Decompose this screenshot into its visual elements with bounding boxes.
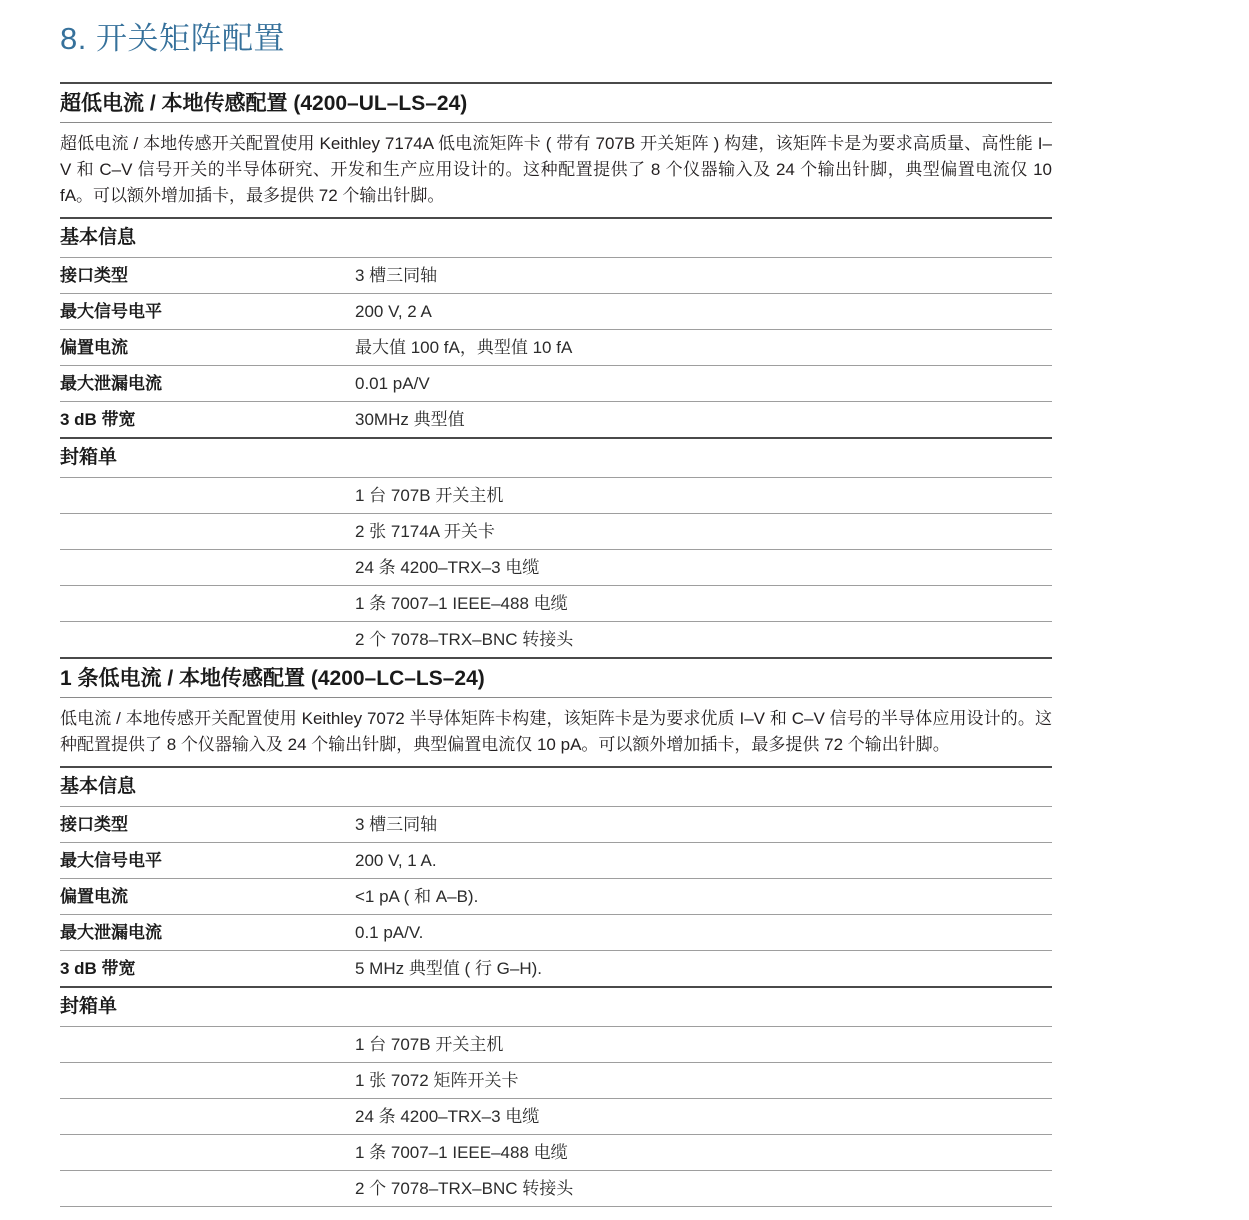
spec-row: 3 dB 带宽 30MHz 典型值: [60, 401, 1052, 437]
packing-item: 24 条 4200–TRX–3 电缆: [60, 1098, 1052, 1134]
spec-value: 0.01 pA/V: [355, 374, 1052, 393]
spec-row: 偏置电流 最大值 100 fA，典型值 10 fA: [60, 329, 1052, 365]
packing-item: 1 台 707B 开关主机: [60, 477, 1052, 513]
spec-row: 偏置电流 <1 pA ( 和 A–B).: [60, 878, 1052, 914]
spec-value: 200 V, 2 A: [355, 302, 1052, 321]
spec-label: 最大信号电平: [60, 302, 355, 321]
spec-label: 接口类型: [60, 266, 355, 285]
spec-label: 最大泄漏电流: [60, 374, 355, 393]
table-title-basic-info: 基本信息: [60, 217, 1052, 257]
spec-row: 最大泄漏电流 0.01 pA/V: [60, 365, 1052, 401]
table-title-packing-list: 封箱单: [60, 986, 1052, 1026]
table-title-basic-info: 基本信息: [60, 766, 1052, 806]
packing-item: 1 条 7007–1 IEEE–488 电缆: [60, 1134, 1052, 1170]
spec-value: 200 V, 1 A.: [355, 851, 1052, 870]
spec-label: 偏置电流: [60, 887, 355, 906]
spec-value: 3 槽三同轴: [355, 815, 1052, 834]
spec-value: 30MHz 典型值: [355, 410, 1052, 429]
spec-value: 0.1 pA/V.: [355, 923, 1052, 942]
packing-list: 封箱单 1 台 707B 开关主机 1 张 7072 矩阵开关卡 24 条 42…: [60, 986, 1052, 1207]
spec-value: 3 槽三同轴: [355, 266, 1052, 285]
document-page: 8. 开关矩阵配置 超低电流 / 本地传感配置 (4200–UL–LS–24) …: [60, 13, 1052, 1207]
section-paragraph: 超低电流 / 本地传感开关配置使用 Keithley 7174A 低电流矩阵卡 …: [60, 131, 1052, 209]
basic-info-table: 基本信息 接口类型 3 槽三同轴 最大信号电平 200 V, 2 A 偏置电流 …: [60, 217, 1052, 437]
section-heading: 1 条低电流 / 本地传感配置 (4200–LC–LS–24): [60, 657, 1052, 698]
spec-label: 最大泄漏电流: [60, 923, 355, 942]
packing-list: 封箱单 1 台 707B 开关主机 2 张 7174A 开关卡 24 条 420…: [60, 437, 1052, 657]
spec-label: 3 dB 带宽: [60, 959, 355, 978]
section-heading: 超低电流 / 本地传感配置 (4200–UL–LS–24): [60, 82, 1052, 123]
table-title-packing-list: 封箱单: [60, 437, 1052, 477]
packing-item: 2 张 7174A 开关卡: [60, 513, 1052, 549]
packing-item: 1 张 7072 矩阵开关卡: [60, 1062, 1052, 1098]
spec-row: 接口类型 3 槽三同轴: [60, 806, 1052, 842]
spec-row: 最大信号电平 200 V, 2 A: [60, 293, 1052, 329]
packing-item: 2 个 7078–TRX–BNC 转接头: [60, 621, 1052, 657]
spec-value: 5 MHz 典型值 ( 行 G–H).: [355, 959, 1052, 978]
packing-item: 1 台 707B 开关主机: [60, 1026, 1052, 1062]
spec-label: 3 dB 带宽: [60, 410, 355, 429]
packing-item: 24 条 4200–TRX–3 电缆: [60, 549, 1052, 585]
spec-row: 最大信号电平 200 V, 1 A.: [60, 842, 1052, 878]
packing-item: 2 个 7078–TRX–BNC 转接头: [60, 1170, 1052, 1206]
spec-label: 最大信号电平: [60, 851, 355, 870]
spec-row: 接口类型 3 槽三同轴: [60, 257, 1052, 293]
section-4200-ul-ls-24: 超低电流 / 本地传感配置 (4200–UL–LS–24) 超低电流 / 本地传…: [60, 82, 1052, 657]
section-4200-lc-ls-24: 1 条低电流 / 本地传感配置 (4200–LC–LS–24) 低电流 / 本地…: [60, 657, 1052, 1207]
spec-value: <1 pA ( 和 A–B).: [355, 887, 1052, 906]
spec-row: 最大泄漏电流 0.1 pA/V.: [60, 914, 1052, 950]
spec-row: 3 dB 带宽 5 MHz 典型值 ( 行 G–H).: [60, 950, 1052, 986]
spec-value: 最大值 100 fA，典型值 10 fA: [355, 338, 1052, 357]
spec-label: 接口类型: [60, 815, 355, 834]
packing-item: 1 条 7007–1 IEEE–488 电缆: [60, 585, 1052, 621]
basic-info-table: 基本信息 接口类型 3 槽三同轴 最大信号电平 200 V, 1 A. 偏置电流…: [60, 766, 1052, 986]
page-title: 8. 开关矩阵配置: [60, 13, 1052, 58]
spec-label: 偏置电流: [60, 338, 355, 357]
section-paragraph: 低电流 / 本地传感开关配置使用 Keithley 7072 半导体矩阵卡构建，…: [60, 706, 1052, 758]
